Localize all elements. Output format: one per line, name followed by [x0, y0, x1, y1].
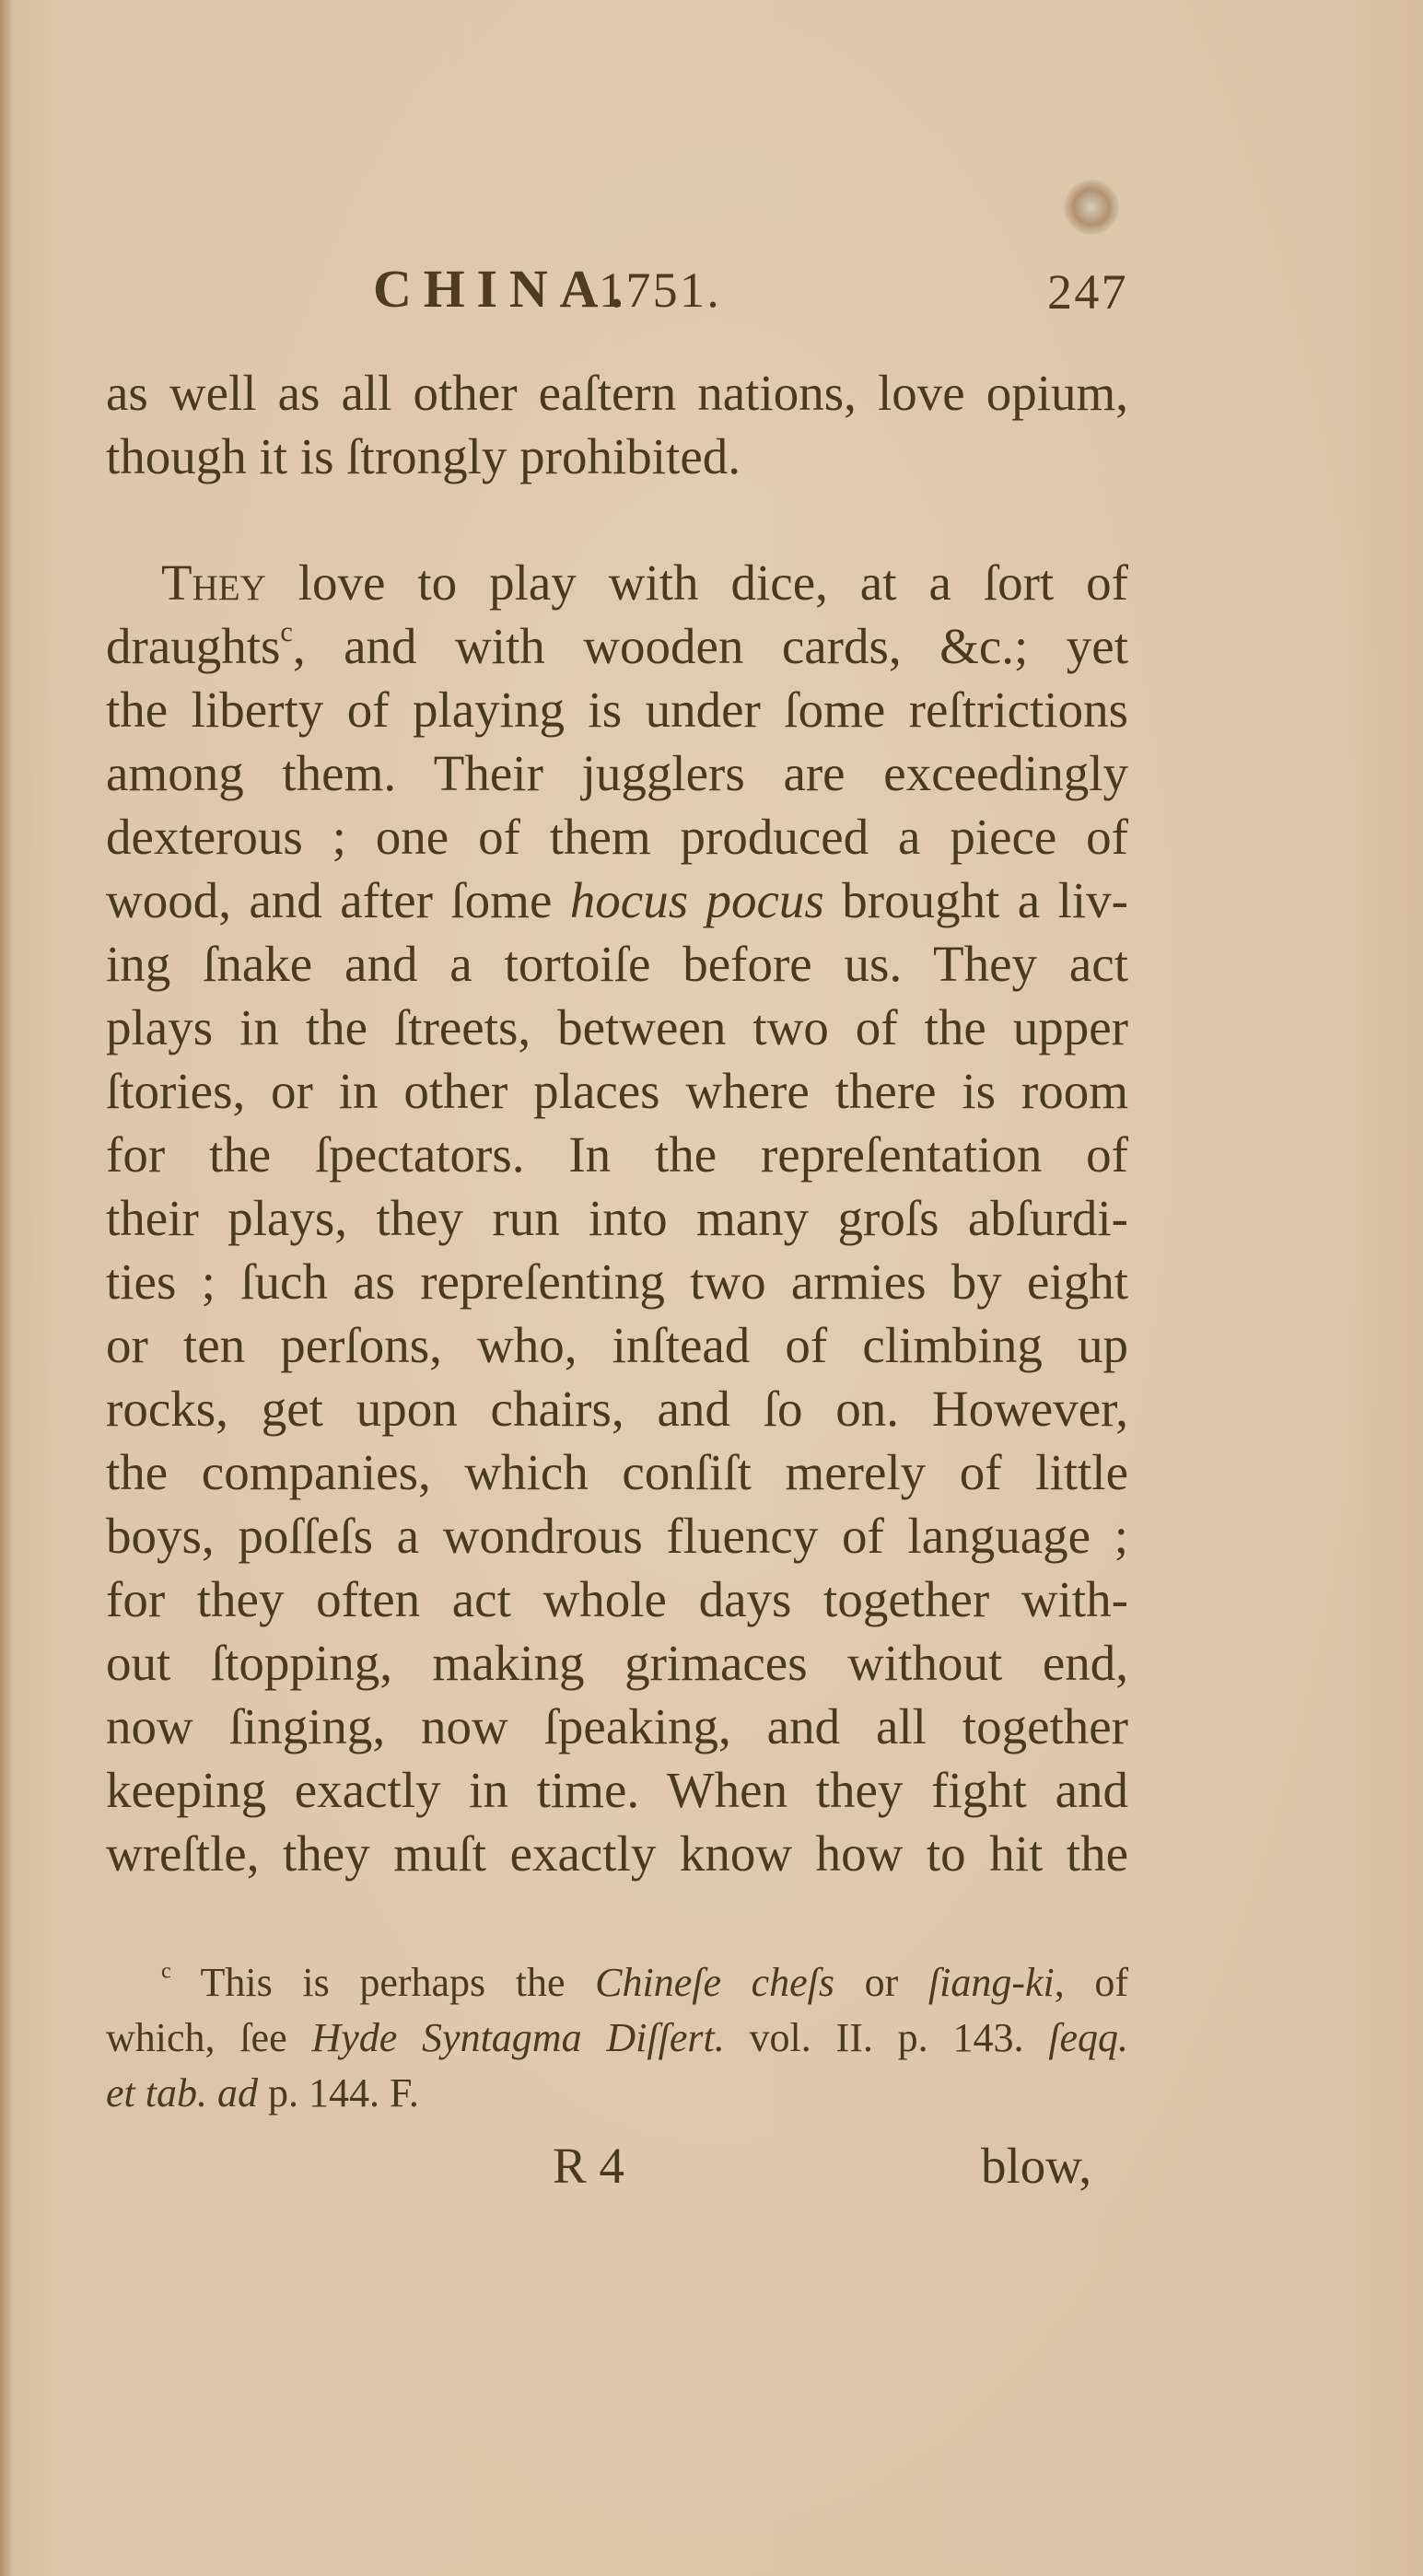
text-line: They love to play with dice, at a ſort o… [106, 551, 1128, 614]
footnote-line: c This is perhaps the Chineſe cheſs or ſ… [106, 1955, 1128, 2011]
footnote: c This is perhaps the Chineſe cheſs or ſ… [106, 1955, 1128, 2121]
catchword: blow, [981, 2137, 1091, 2195]
text-span: This is perhaps the [171, 1960, 595, 2005]
text-span: or [834, 1960, 928, 2005]
text-span: love to play with dice, at a ſort of [266, 554, 1128, 611]
footnote-line: which, ſee Hyde Syntagma Diſſert. vol. I… [106, 2011, 1128, 2066]
text-line: wreſtle, they muſt exactly know how to h… [106, 1822, 1128, 1885]
lead-word-small-caps: They [161, 554, 266, 611]
italic-phrase: ſiang-ki [928, 1960, 1055, 2005]
book-page: CHINA. 1751. 247 as well as all other ea… [0, 0, 1423, 2576]
footnote-line: et tab. ad p. 144. F. [106, 2066, 1128, 2121]
italic-phrase: ſeqq. [1048, 2015, 1128, 2060]
text-line: or ten perſons, who, inſtead of climbing… [106, 1313, 1128, 1377]
paper-stain [1064, 180, 1119, 235]
text-line: the companies, which conſiſt merely of l… [106, 1440, 1128, 1504]
page-number: 247 [1047, 263, 1128, 321]
italic-phrase: et tab. ad [106, 2070, 258, 2116]
text-line: ties ; ſuch as repreſenting two armies b… [106, 1250, 1128, 1313]
italic-phrase: Chineſe cheſs [595, 1960, 834, 2005]
text-line: for they often act whole days together w… [106, 1568, 1128, 1631]
signature-mark: R 4 [553, 2137, 624, 2195]
paragraph-gap [106, 488, 1128, 551]
text-line: among them. Their jugglers are exceeding… [106, 741, 1128, 805]
text-line: wood, and after ſome hocus pocus brought… [106, 868, 1128, 932]
text-span: , of [1055, 1960, 1128, 2005]
text-line: boys, poſſeſs a wondrous fluency of lang… [106, 1504, 1128, 1568]
running-head-title: CHINA. [373, 258, 635, 320]
text-line: their plays, they run into many groſs ab… [106, 1186, 1128, 1250]
italic-phrase: hocus pocus [570, 872, 824, 928]
footnote-reference[interactable]: c [280, 616, 292, 647]
body-text: as well as all other eaſtern nations, lo… [106, 361, 1128, 1885]
text-span: , and with wooden cards, &c.; yet [293, 618, 1128, 674]
text-line: out ſtopping, making grimaces without en… [106, 1631, 1128, 1695]
text-line: draughtsc, and with wooden cards, &c.; y… [106, 614, 1128, 678]
text-line: rocks, get upon chairs, and ſo on. Howev… [106, 1377, 1128, 1440]
spine-shadow [0, 0, 13, 2576]
footnote-marker: c [161, 1959, 171, 1984]
text-span: p. 144. F. [258, 2070, 419, 2116]
text-line: as well as all other eaſtern nations, lo… [106, 361, 1128, 425]
running-head: CHINA. 1751. 247 [373, 258, 1128, 322]
text-line: dexterous ; one of them produced a piece… [106, 805, 1128, 868]
text-span: wood, and after ſome [106, 872, 570, 928]
text-line: now ſinging, now ſpeaking, and all toget… [106, 1695, 1128, 1758]
text-line: the liberty of playing is under ſome reſ… [106, 678, 1128, 741]
text-span: draughts [106, 618, 280, 674]
running-head-year: 1751. [599, 262, 721, 319]
text-line: for the ſpectators. In the repreſentatio… [106, 1123, 1128, 1186]
text-line: plays in the ſtreets, between two of the… [106, 996, 1128, 1059]
text-line: ſtories, or in other places where there … [106, 1059, 1128, 1123]
italic-phrase: Hyde Syntagma Diſſert. [311, 2015, 724, 2060]
text-span: brought a liv- [824, 872, 1128, 928]
text-line: though it is ſtrongly prohibited. [106, 425, 1128, 488]
text-line: ing ſnake and a tortoiſe before us. They… [106, 932, 1128, 996]
text-span: which, ſee [106, 2015, 311, 2060]
text-span: vol. II. p. 143. [725, 2015, 1049, 2060]
text-line: keeping exactly in time. When they fight… [106, 1758, 1128, 1822]
